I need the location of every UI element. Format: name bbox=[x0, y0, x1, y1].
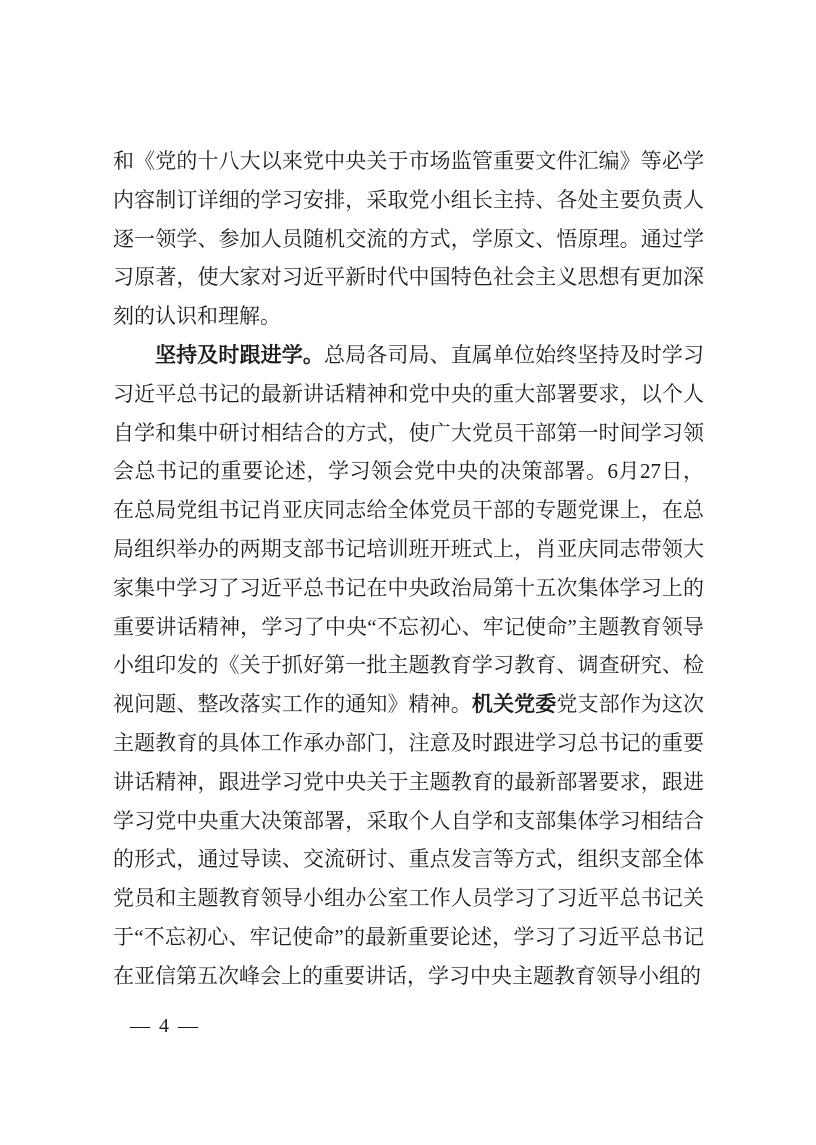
text-segment: 和《党的十八大以来党中央关于市场监管重要文件汇编》等必学内容制订详细的学习安排，… bbox=[113, 149, 704, 328]
page-footer: — 4 — bbox=[130, 1012, 200, 1040]
text-segment: 党支部作为这次主题教育的具体工作承办部门，注意及时跟进学习总书记的重要讲话精神，… bbox=[113, 692, 704, 988]
paragraph-jianchi-jishi-genjinxue: 坚持及时跟进学。总局各司局、直属单位始终坚持及时学习习近平总书记的最新讲话精神和… bbox=[113, 336, 704, 996]
text-segment: 总局各司局、直属单位始终坚持及时学习习近平总书记的最新讲话精神和党中央的重大部署… bbox=[113, 343, 704, 716]
paragraph-continuation: 和《党的十八大以来党中央关于市场监管重要文件汇编》等必学内容制订详细的学习安排，… bbox=[113, 142, 704, 336]
document-body: 和《党的十八大以来党中央关于市场监管重要文件汇编》等必学内容制订详细的学习安排，… bbox=[113, 142, 704, 996]
page-number: — 4 — bbox=[130, 1015, 200, 1037]
emphasis-text-segment: 坚持及时跟进学。 bbox=[155, 343, 324, 367]
emphasis-text-segment: 机关党委 bbox=[472, 692, 556, 716]
document-page: 和《党的十八大以来党中央关于市场监管重要文件汇编》等必学内容制订详细的学习安排，… bbox=[0, 0, 816, 1145]
